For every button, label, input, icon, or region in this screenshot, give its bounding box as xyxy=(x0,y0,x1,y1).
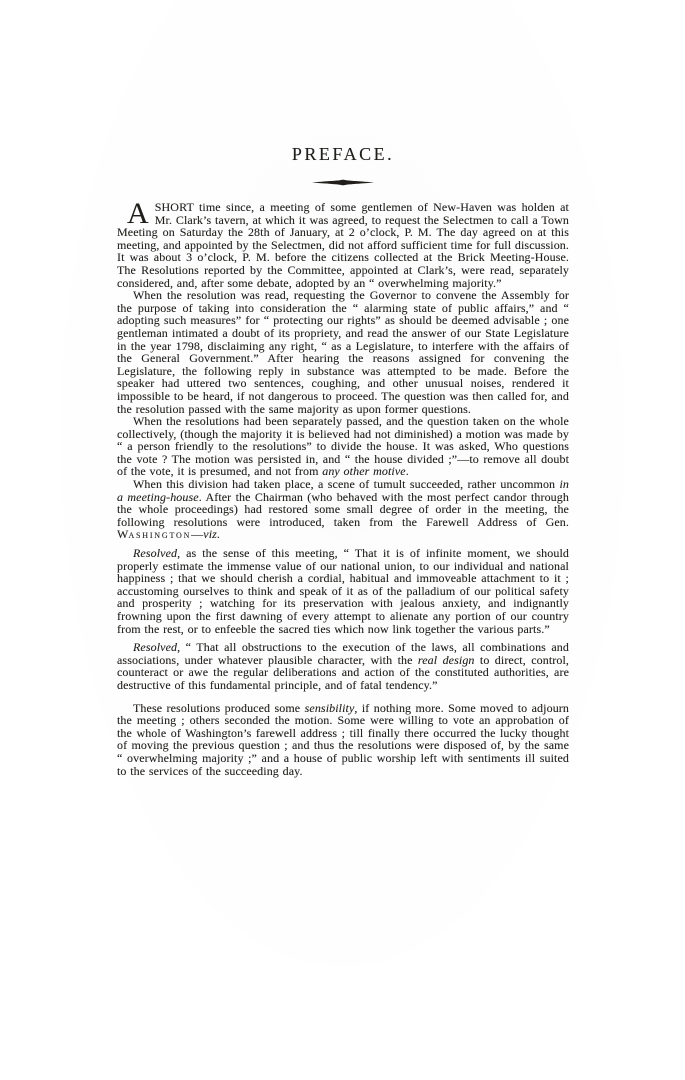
text-run: When the resolution was read, requesting… xyxy=(117,288,569,415)
page-title: PREFACE. xyxy=(117,144,569,165)
text-column: PREFACE. ASHORT time since, a meeting of… xyxy=(117,0,569,777)
paragraph: Resolved, as the sense of this meeting, … xyxy=(117,547,569,635)
text-run: SHORT time since, a meeting of some gent… xyxy=(117,200,569,290)
drop-cap: A xyxy=(117,201,155,225)
paragraph: ASHORT time since, a meeting of some gen… xyxy=(117,201,569,289)
paragraph: When this division had taken place, a sc… xyxy=(117,478,569,541)
ornament-rule xyxy=(312,179,374,186)
document-body: ASHORT time since, a meeting of some gen… xyxy=(117,201,569,777)
scanned-page: PREFACE. ASHORT time since, a meeting of… xyxy=(0,0,685,1080)
text-run: , as the sense of this meeting, “ That i… xyxy=(117,546,569,636)
text-run: viz xyxy=(203,527,217,541)
paragraph: Resolved, “ That all obstructions to the… xyxy=(117,641,569,691)
text-run: — xyxy=(191,527,203,541)
paragraph: When the resolutions had been separately… xyxy=(117,415,569,478)
paragraph: These resolutions produced some sensibil… xyxy=(117,702,569,778)
text-run: ashington xyxy=(128,527,191,541)
paragraph: When the resolution was read, requesting… xyxy=(117,289,569,415)
text-run: . xyxy=(217,527,220,541)
